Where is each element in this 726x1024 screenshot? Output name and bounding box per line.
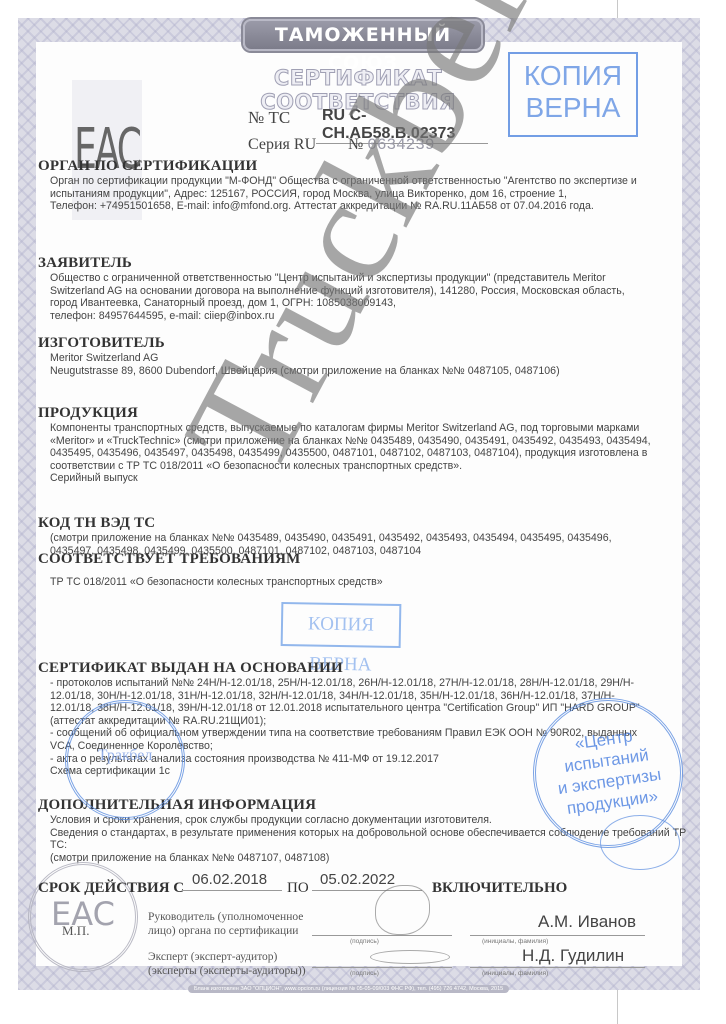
section-heading: ПРОДУКЦИЯ [38, 405, 688, 422]
validity-from-date: 06.02.2018 [192, 871, 267, 888]
blank-printer-note: Бланк изготовлен ЗАО "ОПЦИОН", www.opcio… [188, 985, 509, 993]
series-label: Серия RU [248, 136, 316, 154]
manufacturer-section: ИЗГОТОВИТЕЛЬ Meritor Switzerland AG Neug… [38, 335, 688, 377]
head-name-caption: (инициалы, фамилия) [482, 938, 548, 945]
expert-signature-line [312, 967, 452, 968]
section-line: 0435495, 0435496, 0435497, 0435498, 0435… [38, 447, 688, 460]
applicant-signature [600, 815, 680, 870]
series-number-label: № [348, 136, 363, 153]
section-heading: КОД ТН ВЭД ТС [38, 515, 688, 532]
copy-certified-stamp-middle: КОПИЯ ВЕРНА [281, 602, 402, 648]
section-line: Общество с ограниченной ответственностью… [38, 272, 688, 285]
expert-name-caption: (инициалы, фамилия) [482, 970, 548, 977]
section-line: Орган по сертификации продукции "М-ФОНД"… [38, 175, 688, 188]
company-round-stamp-left: Тракбел [65, 700, 185, 820]
section-line: - протоколов испытаний №№ 24Н/Н-12.01/18… [38, 677, 688, 690]
expert-signature [370, 950, 450, 964]
eac-round-seal: EAC [28, 862, 138, 972]
section-line: ТР ТС 018/2011 «О безопасности колесных … [38, 576, 688, 589]
applicant-section: ЗАЯВИТЕЛЬ Общество с ограниченной ответс… [38, 255, 688, 322]
section-line: (смотри приложение на бланках №№ 0487107… [38, 852, 688, 865]
stamp-text: «Центр испытаний и экспертизы продукции» [531, 719, 685, 822]
validity-from-line [182, 890, 282, 891]
head-signature-caption: (подпись) [350, 938, 379, 945]
series-number: № 0634239 [348, 136, 434, 154]
certification-body-section: ОРГАН ПО СЕРТИФИКАЦИИ Орган по сертифика… [38, 158, 688, 213]
products-section: ПРОДУКЦИЯ Компоненты транспортных средст… [38, 405, 688, 485]
copy-stamp-line: КОПИЯ [510, 60, 636, 92]
certificate-number-label: № ТС [248, 108, 290, 128]
section-heading: ИЗГОТОВИТЕЛЬ [38, 335, 688, 352]
section-line: город Ивантеевка, Санаторный проезд, дом… [38, 297, 688, 310]
expert-name-line [470, 967, 645, 968]
section-line: телефон: 84957644595, e-mail: ciiep@inbo… [38, 310, 688, 323]
section-heading: СЕРТИФИКАТ ВЫДАН НА ОСНОВАНИИ [38, 660, 688, 677]
series-number-value: 0634239 [367, 136, 434, 154]
head-signature [375, 885, 430, 935]
customs-union-banner: ТАМОЖЕННЫЙ СОЮЗ [243, 19, 483, 51]
section-line: Switzerland AG на основании договора на … [38, 285, 688, 298]
copy-stamp-line: ВЕРНА [510, 92, 636, 124]
validity-from-label: СРОК ДЕЙСТВИЯ С [38, 880, 184, 897]
section-heading: ОРГАН ПО СЕРТИФИКАЦИИ [38, 158, 688, 175]
head-name: А.М. Иванов [538, 912, 636, 932]
section-line: Neugutstrasse 89, 8600 Dubendorf, Швейца… [38, 365, 688, 378]
head-signature-line [312, 935, 452, 936]
expert-signature-caption: (подпись) [350, 970, 379, 977]
head-name-line [470, 935, 645, 936]
validity-to-label: ПО [287, 880, 309, 897]
requirements-section: СООТВЕТСТВУЕТ ТРЕБОВАНИЯМ ТР ТС 018/2011… [38, 551, 688, 589]
expert-label: Эксперт (эксперт-аудитор) (эксперты (экс… [148, 950, 306, 978]
section-line: Meritor Switzerland AG [38, 352, 688, 365]
section-heading: ЗАЯВИТЕЛЬ [38, 255, 688, 272]
section-heading: СООТВЕТСТВУЕТ ТРЕБОВАНИЯМ [38, 551, 688, 568]
seal-place-label: М.П. [62, 923, 89, 939]
section-line: Компоненты транспортных средств, выпуска… [38, 422, 688, 435]
section-line: соответствии с ТР ТС 018/2011 «О безопас… [38, 460, 688, 473]
validity-to-date: 05.02.2022 [320, 871, 395, 888]
stamp-text: Тракбел [68, 747, 182, 765]
section-line: испытаниям продукции", Адрес: 125167, РО… [38, 188, 688, 201]
section-line: «Meritor» и «TruckTechnic» (смотри прило… [38, 435, 688, 448]
section-line: (смотри приложение на бланках №№ 0435489… [38, 532, 688, 545]
copy-certified-stamp: КОПИЯ ВЕРНА [508, 52, 638, 137]
section-line: Серийный выпуск [38, 472, 688, 485]
validity-inclusive-label: ВКЛЮЧИТЕЛЬНО [432, 880, 567, 897]
section-line: Телефон: +74951501658, E-mail: info@mfon… [38, 200, 688, 213]
head-label: Руководитель (уполномоченное лицо) орган… [148, 910, 303, 938]
expert-name: Н.Д. Гудилин [522, 946, 624, 966]
